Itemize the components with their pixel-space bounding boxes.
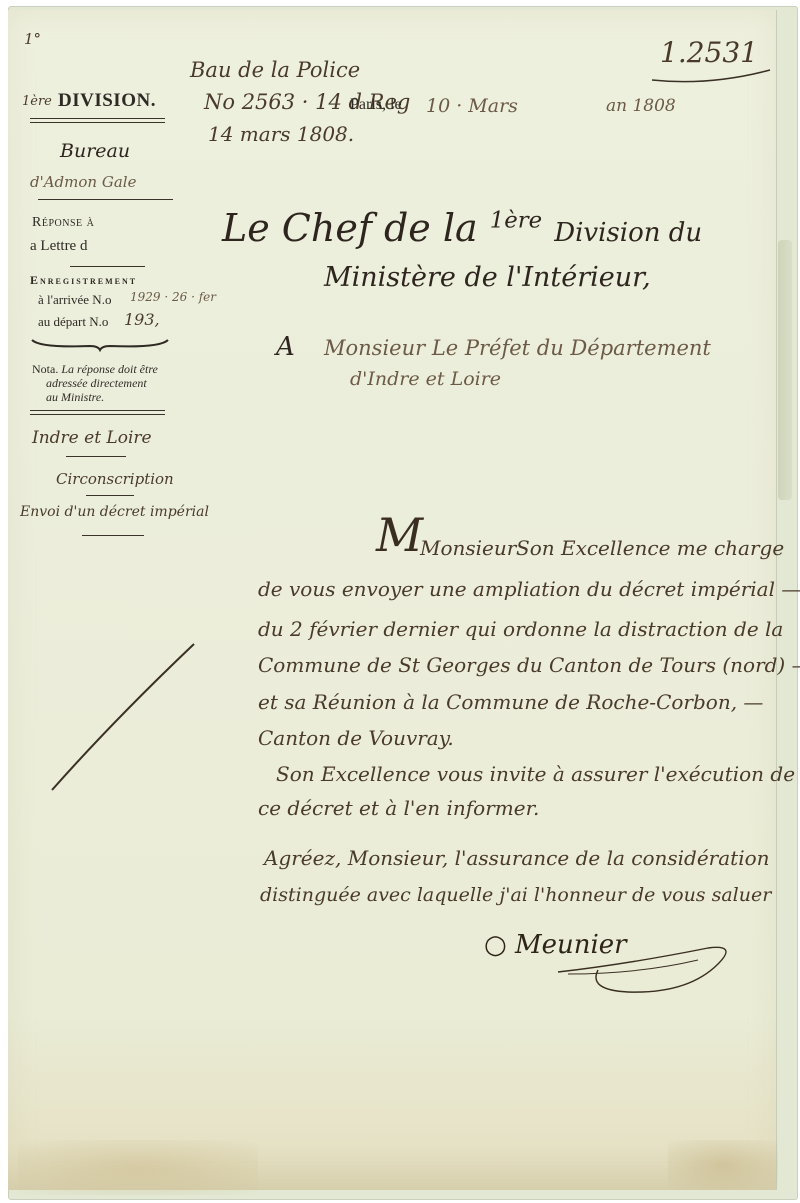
body-line: et sa Réunion à la Commune de Roche-Corb… [258, 690, 763, 714]
body-line: Son Excellence vous invite à assurer l'e… [276, 762, 795, 786]
division-prefix: 1ère [22, 94, 52, 109]
registration-line-1: Bau de la Police [190, 58, 360, 82]
depart-value: 193, [124, 310, 160, 329]
closing-line: distinguée avec laquelle j'ai l'honneur … [260, 884, 771, 906]
arrivee-label: à l'arrivée N.o [38, 292, 111, 308]
nota-label: Nota. [32, 362, 58, 376]
heading-ordinal: 1ère [490, 207, 542, 233]
divider [82, 535, 144, 536]
reponse-label: Réponse à [32, 215, 94, 231]
foxing-stain [18, 1140, 258, 1195]
foxing-stain [668, 1140, 778, 1190]
heading-text: Le Chef de la [222, 206, 478, 250]
bureau-name: d'Admon Gale [30, 173, 136, 191]
dateline-year: an 1808 [606, 96, 676, 116]
heading-line-1: Le Chef de la 1ère Division du [222, 206, 702, 250]
lettre-label: a Lettre d [30, 238, 87, 255]
divider [70, 266, 145, 267]
body-line: du 2 février dernier qui ordonne la dist… [258, 617, 783, 641]
salutation: Monsieur [420, 536, 516, 560]
nota-text: adressée directement [46, 376, 147, 391]
edge-stain [778, 240, 792, 500]
addressee-line-2: d'Indre et Loire [350, 368, 501, 390]
signature-flourish [548, 934, 738, 1004]
reference-number: 1.2531 [660, 36, 758, 69]
closing-line: Agréez, Monsieur, l'assurance de la cons… [264, 846, 770, 870]
divider [86, 495, 134, 496]
diagonal-cancel-stroke [44, 640, 204, 800]
nota-label-line: Nota. La réponse doit être [32, 362, 158, 377]
body-line: Canton de Vouvray. [258, 726, 454, 750]
margin-object: Envoi d'un décret impérial [20, 504, 209, 520]
header-divider [30, 118, 165, 123]
heading-text: Division du [554, 218, 702, 248]
corner-mark: 1° [24, 30, 41, 48]
dateline-place: Paris, le [350, 96, 402, 114]
dateline-day: 10 · Mars [426, 95, 518, 117]
divider [38, 199, 173, 200]
margin-department: Indre et Loire [32, 428, 152, 448]
nota-text: La réponse doit être [61, 362, 158, 376]
depart-label: au départ N.o [38, 314, 108, 330]
body-line: Son Excellence me charge [516, 536, 784, 560]
bureau-label: Bureau [60, 140, 130, 162]
margin-subject: Circonscription [56, 470, 174, 488]
reference-underline [650, 66, 774, 86]
arrivee-value: 1929 · 26 · fer [130, 290, 216, 304]
body-line: Commune de St Georges du Canton de Tours… [258, 653, 800, 677]
addressee-prefix: A [276, 332, 295, 362]
registration-line-3: 14 mars 1808. [208, 122, 354, 146]
division-label: DIVISION. [58, 90, 156, 112]
body-line: de vous envoyer une ampliation du décret… [258, 577, 800, 601]
salutation-initial: M [376, 508, 423, 562]
heading-line-2: Ministère de l'Intérieur, [324, 262, 651, 293]
divider [66, 456, 126, 457]
nota-text: au Ministre. [46, 390, 104, 405]
brace-ornament [30, 336, 170, 352]
salutation-word: Monsieur [420, 536, 516, 560]
body-line: ce décret et à l'en informer. [258, 796, 539, 820]
header-divider [30, 410, 165, 415]
addressee-line-1: Monsieur Le Préfet du Département [324, 336, 711, 360]
enregistrement-label: Enregistrement [30, 273, 137, 288]
letter-page: 1° 1ère DIVISION. Bureau d'Admon Gale Ré… [8, 10, 777, 1190]
